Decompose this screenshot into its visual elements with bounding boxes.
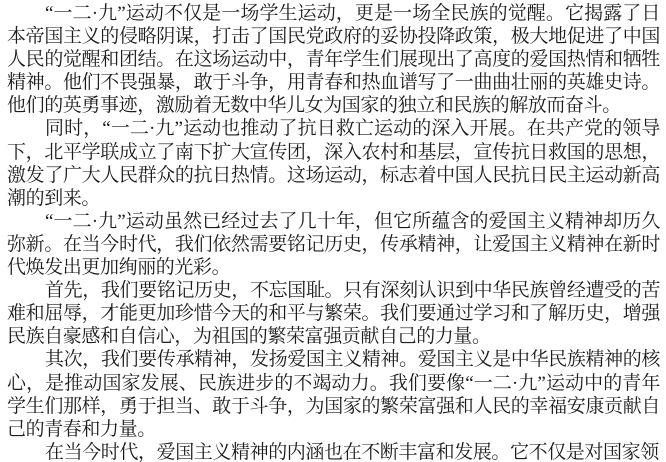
paragraph: “一二·九”运动虽然已经过去了几十年，但它所蕴含的爱国主义精神却历久弥新。在当今… (7, 210, 660, 279)
paragraph: 同时，“一二·九”运动也推动了抗日救亡运动的深入开展。在共产党的领导下，北平学联… (7, 117, 660, 209)
paragraph: 在当今时代，爱国主义精神的内涵也在不断丰富和发展。它不仅是对国家领 (7, 441, 660, 462)
paragraph: 其次，我们要传承精神，发扬爱国主义精神。爱国主义是中华民族精神的核心，是推动国家… (7, 348, 660, 440)
paragraph: “一二·九”运动不仅是一场学生运动，更是一场全民族的觉醒。它揭露了日本帝国主义的… (7, 2, 660, 117)
document-page: “一二·九”运动不仅是一场学生运动，更是一场全民族的觉醒。它揭露了日本帝国主义的… (0, 0, 666, 462)
paragraph: 首先，我们要铭记历史，不忘国耻。只有深刻认识到中华民族曾经遭受的苦难和屈辱，才能… (7, 279, 660, 348)
